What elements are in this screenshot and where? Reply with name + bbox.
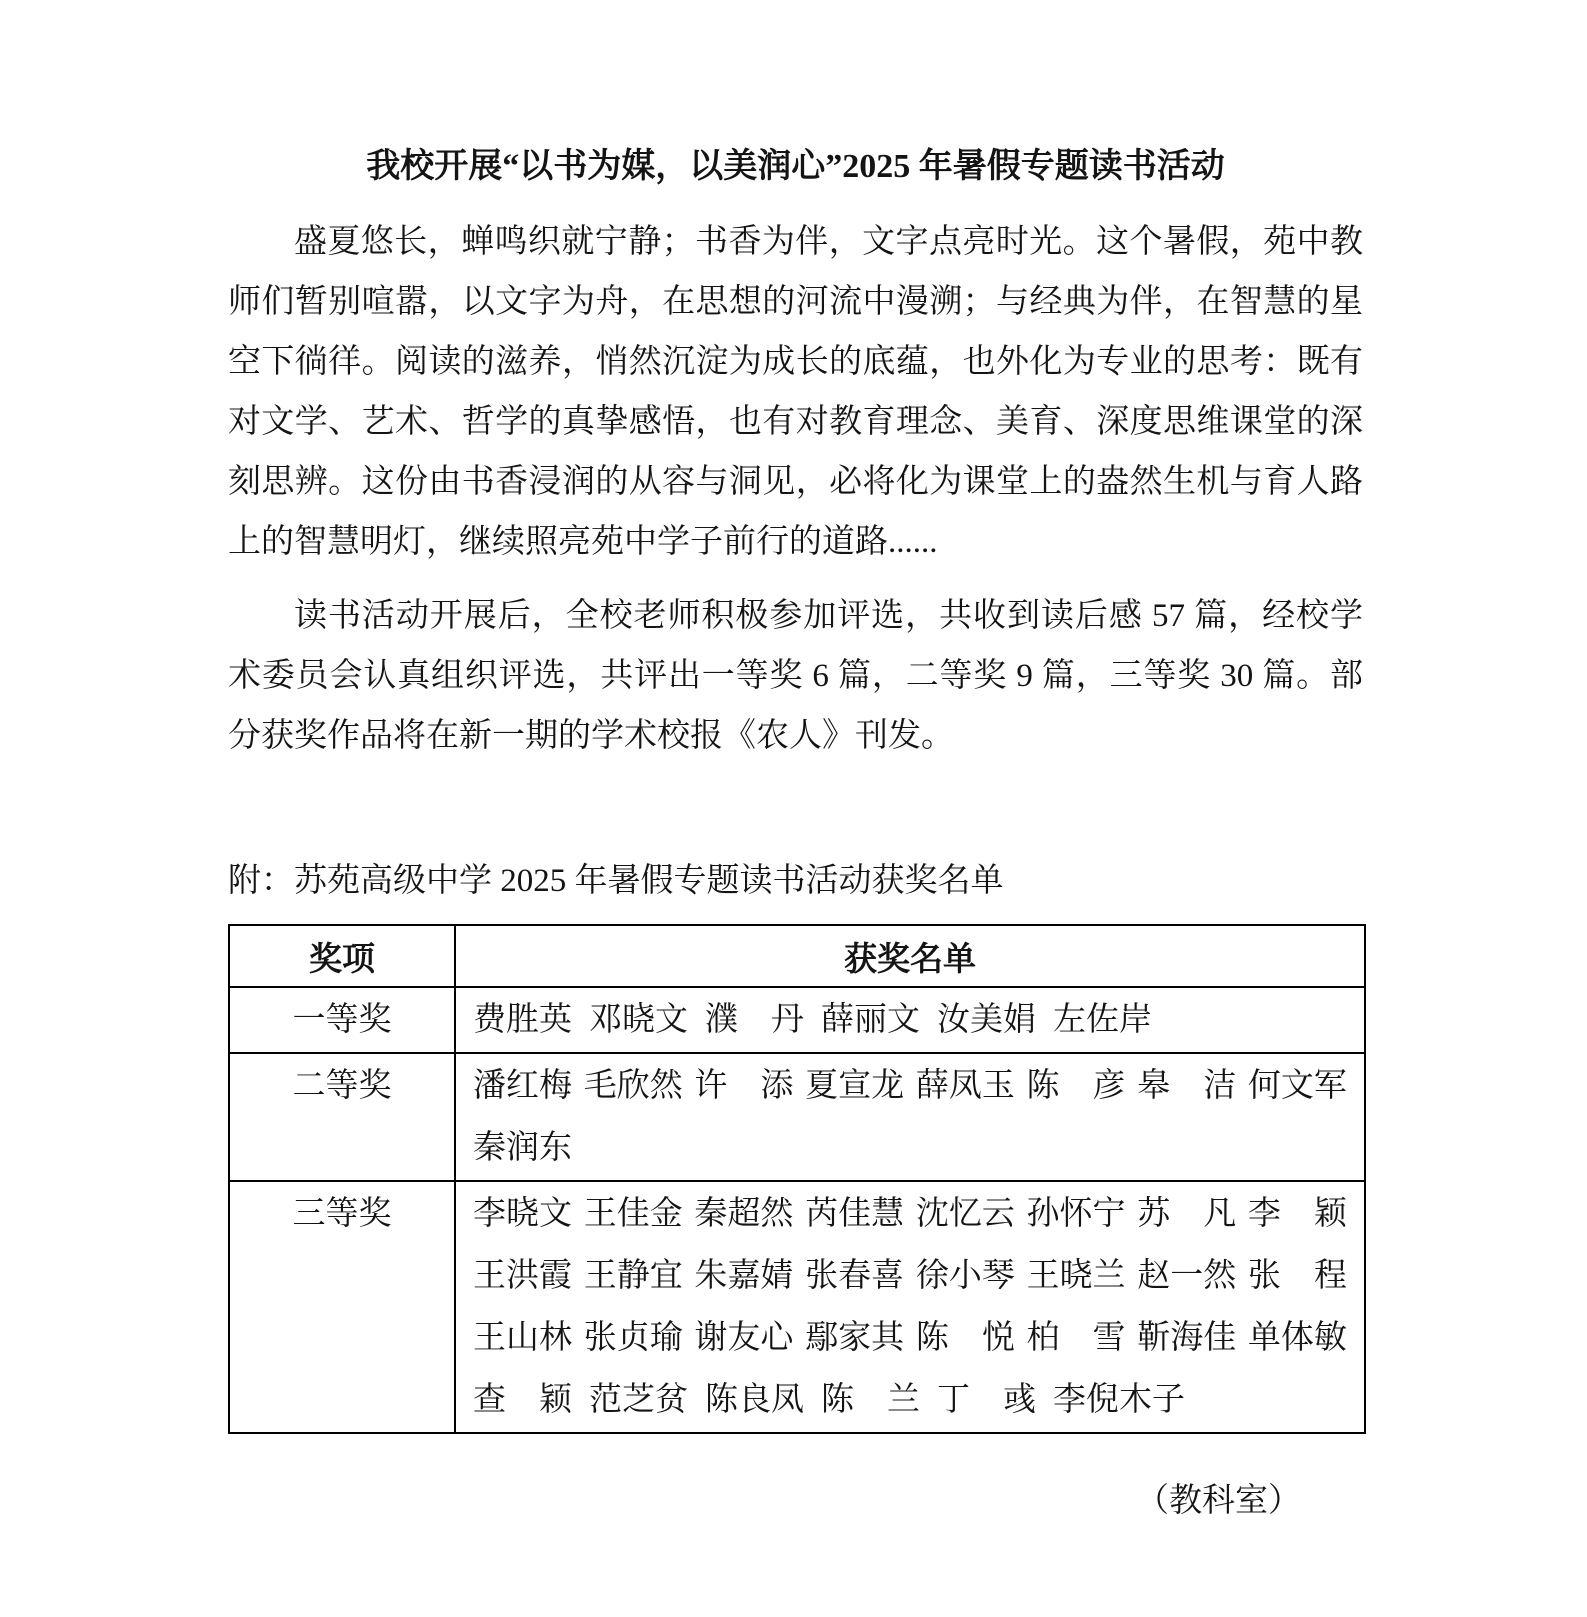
winner-name: 查 颖 [473,1382,572,1418]
winner-name: 靳海佳 [1137,1307,1236,1369]
winner-name: 陈 彦 [1027,1055,1126,1117]
body-paragraph: 盛夏悠长，蝉鸣织就宁静；书香为伴，文字点亮时光。这个暑假，苑中教师们暂别喧嚣，以… [228,212,1363,572]
winner-name: 李晓文 [473,1183,572,1245]
winner-name: 王晓兰 [1027,1245,1126,1307]
signature: （教科室） [228,1480,1363,1522]
table-row: 三等奖李晓文王佳金秦超然芮佳慧沈忆云孙怀宁苏 凡李 颖王洪霞王静宜朱嘉婧张春喜徐… [229,1181,1365,1433]
winner-line: 查 颖范芝贫陈良凤陈 兰丁 彧李倪木子 [473,1369,1347,1431]
award-name: 二等奖 [229,1053,455,1181]
winner-name: 张贞瑜 [584,1307,683,1369]
winner-line: 费胜英邓晓文濮 丹薛丽文汝美娟左佐岸 [473,989,1347,1051]
winner-name: 李 颖 [1248,1183,1347,1245]
table-row: 一等奖费胜英邓晓文濮 丹薛丽文汝美娟左佐岸 [229,987,1365,1053]
winner-name: 潘红梅 [473,1055,572,1117]
winner-name: 芮佳慧 [805,1183,904,1245]
award-name: 一等奖 [229,987,455,1053]
winner-name: 濮 丹 [705,1002,804,1038]
winner-name: 鄢家其 [805,1307,904,1369]
winner-name: 孙怀宁 [1027,1183,1126,1245]
winner-name: 徐小琴 [916,1245,1015,1307]
winner-name: 王佳金 [584,1183,683,1245]
winners-list: 费胜英邓晓文濮 丹薛丽文汝美娟左佐岸 [455,987,1365,1053]
winner-name: 张 程 [1248,1245,1347,1307]
winner-name: 薛凤玉 [916,1055,1015,1117]
table-row: 二等奖潘红梅毛欣然许 添夏宣龙薛凤玉陈 彦皋 洁何文军秦润东 [229,1053,1365,1181]
winner-name: 沈忆云 [916,1183,1015,1245]
awards-table-body: 一等奖费胜英邓晓文濮 丹薛丽文汝美娟左佐岸二等奖潘红梅毛欣然许 添夏宣龙薛凤玉陈… [229,987,1365,1433]
winner-name: 张春喜 [805,1245,904,1307]
winner-name: 邓晓文 [589,1002,688,1038]
winner-name: 秦超然 [694,1183,793,1245]
winner-line: 潘红梅毛欣然许 添夏宣龙薛凤玉陈 彦皋 洁何文军 [473,1055,1347,1117]
winner-name: 陈 兰 [821,1382,920,1418]
winner-line: 秦润东 [473,1117,1347,1179]
winner-name: 王洪霞 [473,1245,572,1307]
winner-name: 陈 悦 [916,1307,1015,1369]
winner-name: 王山林 [473,1307,572,1369]
winner-name: 单体敏 [1248,1307,1347,1369]
table-header-row: 奖项 获奖名单 [229,925,1365,987]
page-title: 我校开展“以书为媒，以美润心”2025 年暑假专题读书活动 [228,146,1363,188]
winner-name: 李倪木子 [1053,1382,1185,1418]
winner-name: 薛丽文 [821,1002,920,1038]
award-name: 三等奖 [229,1181,455,1433]
winner-line: 王山林张贞瑜谢友心鄢家其陈 悦柏 雪靳海佳单体敏 [473,1307,1347,1369]
document-page: 我校开展“以书为媒，以美润心”2025 年暑假专题读书活动 盛夏悠长，蝉鸣织就宁… [0,0,1587,1617]
winner-line: 王洪霞王静宜朱嘉婧张春喜徐小琴王晓兰赵一然张 程 [473,1245,1347,1307]
award-column-header: 奖项 [229,925,455,987]
attachment-note: 附：苏苑高级中学 2025 年暑假专题读书活动获奖名单 [228,860,1363,902]
winner-name: 何文军 [1248,1055,1347,1117]
winner-name: 费胜英 [473,1002,572,1038]
winners-list: 李晓文王佳金秦超然芮佳慧沈忆云孙怀宁苏 凡李 颖王洪霞王静宜朱嘉婧张春喜徐小琴王… [455,1181,1365,1433]
winner-name: 赵一然 [1137,1245,1236,1307]
winner-name: 陈良凤 [705,1382,804,1418]
winner-name: 秦润东 [473,1130,572,1166]
winner-name: 左佐岸 [1053,1002,1152,1038]
body-paragraph: 读书活动开展后，全校老师积极参加评选，共收到读后感 57 篇，经校学术委员会认真… [228,586,1363,766]
winner-name: 朱嘉婧 [694,1245,793,1307]
winner-name: 丁 彧 [937,1382,1036,1418]
winner-name: 皋 洁 [1137,1055,1236,1117]
winner-name: 毛欣然 [584,1055,683,1117]
winners-column-header: 获奖名单 [455,925,1365,987]
winner-name: 谢友心 [694,1307,793,1369]
winner-name: 苏 凡 [1137,1183,1236,1245]
winner-name: 汝美娟 [937,1002,1036,1038]
winner-name: 许 添 [694,1055,793,1117]
awards-table: 奖项 获奖名单 一等奖费胜英邓晓文濮 丹薛丽文汝美娟左佐岸二等奖潘红梅毛欣然许 … [228,924,1366,1434]
winner-name: 夏宣龙 [805,1055,904,1117]
winner-name: 柏 雪 [1027,1307,1126,1369]
winner-name: 王静宜 [584,1245,683,1307]
winner-line: 李晓文王佳金秦超然芮佳慧沈忆云孙怀宁苏 凡李 颖 [473,1183,1347,1245]
winner-name: 范芝贫 [589,1382,688,1418]
winners-list: 潘红梅毛欣然许 添夏宣龙薛凤玉陈 彦皋 洁何文军秦润东 [455,1053,1365,1181]
